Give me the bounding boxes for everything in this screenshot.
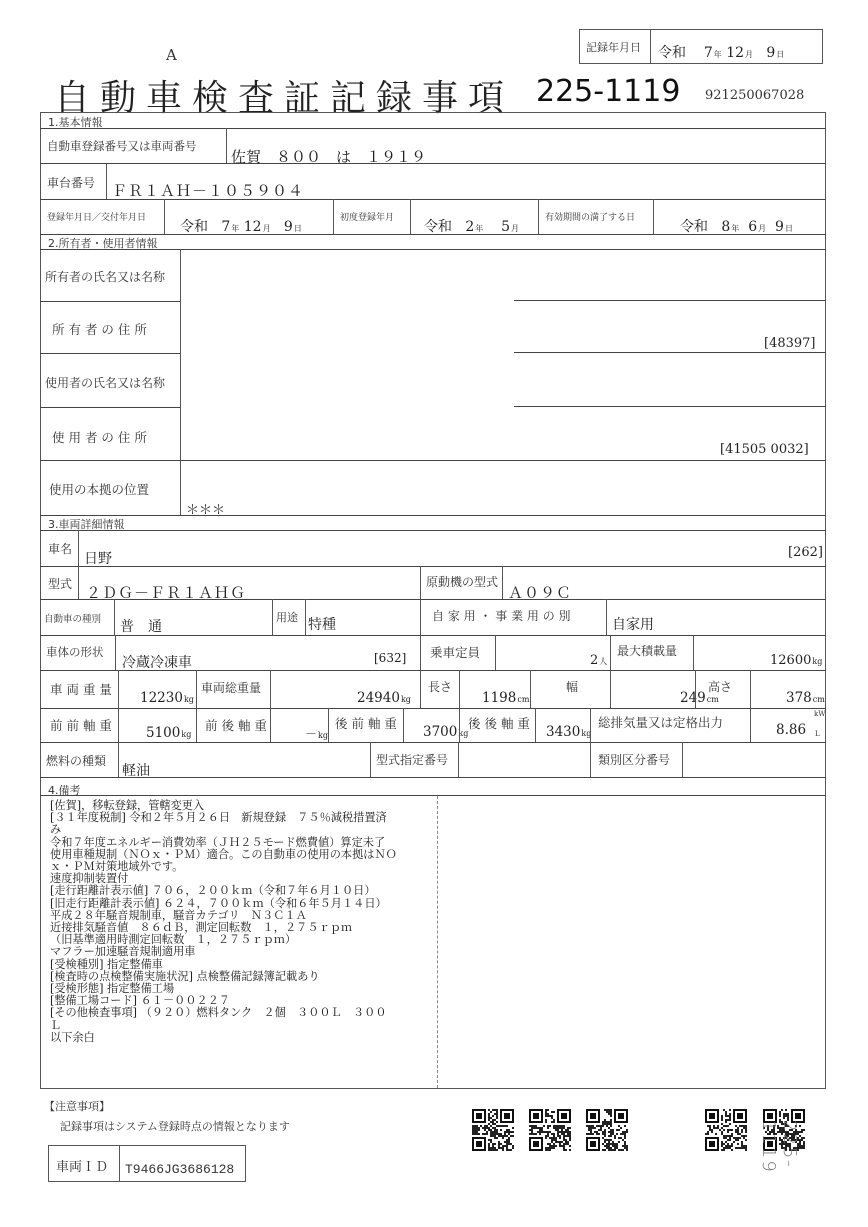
height-label: 高さ [708,678,732,695]
fr-axle-weight: －kg [305,725,328,742]
displacement: 8.86 [776,722,806,738]
private-label: 自 家 用 ・ 事 業 用 の 別 [432,607,571,624]
remarks-line: [受検種別] 指定整備車 [50,959,440,971]
body-code: [632] [374,651,406,665]
base-location-label: 使用の本拠の位置 [49,480,149,498]
ff-axle-label: 前 前 軸 重 [50,716,112,734]
use-label: 用途 [276,609,298,625]
remarks-line: 令和７年度エネルギー消費効率（ＪＨ２５モード燃費値）算定未了 [50,837,440,849]
remarks-line: [旧走行距離計表示値] ６２４，７００ｋｍ（令和６年５月１４日） [50,898,440,910]
displacement-unit-kw: kW [814,710,825,718]
vehicle-weight: 12230kg [140,690,194,706]
record-date-box: 記録年月日 令和 7年 12月 9日 [579,29,823,64]
owner-address-label: 所 有 者 の 住 所 [52,320,147,338]
ff-axle-weight: 5100kg [146,725,191,741]
type-label: 自動車の種別 [44,611,101,625]
engine-label: 原動機の型式 [426,573,498,590]
displacement-label: 総排気量又は定格出力 [598,713,723,731]
remarks-line: [３１年度税制] 令和２年５月２６日 新規登録 ７５％減税措置済 [50,812,440,824]
private-business: 自家用 [612,614,654,634]
car-name-code: [262] [788,545,823,560]
chassis-number: ＦＲ１ＡＨ－１０５９０４ [112,180,304,201]
use: 特種 [308,614,336,634]
expiry-date: 令和 8年 6月 9日 [680,216,793,236]
qr-code-icon [585,1105,629,1155]
weight-label: 車 両 重 量 [50,680,112,698]
displacement-unit-l: L [815,730,820,738]
model-label: 型式 [48,575,72,592]
remarks-line: [走行距離計表示値] ７０６，２００ｋｍ（令和７年６月１０日） [50,885,440,897]
owner-address-code: [48397] [764,336,816,351]
length: 1198cm [482,690,529,706]
remarks-divider [437,796,438,1088]
reg-date-label: 登録年月日／交付年月日 [47,210,146,223]
remarks-line: [その他検査事項] （９２０）燃料タンク ２個 ３００Ｌ ３００ [50,1007,440,1019]
qr-code-icon [528,1105,572,1155]
capacity: 2人 [590,653,607,668]
vehicle-id: T9466JG3686128 [125,1162,234,1177]
doc-number: 225-1119 [536,74,680,109]
expiry-label: 有効期間の満了する日 [545,210,635,223]
remarks-line: み [50,824,440,836]
reg-number-label: 自動車登録番号又は車両番号 [47,138,197,154]
chassis-label: 車台番号 [47,174,95,191]
first-reg-label: 初度登録年月 [340,210,394,223]
fr-axle-label: 前 後 軸 重 [205,716,267,734]
type-designation-label: 型式指定番号 [376,751,448,768]
reg-date: 令和 7年 12月 9日 [180,216,302,236]
notes-title: 【注意事項】 [44,1098,110,1114]
height: 378cm [786,690,825,706]
serial-number: 921250067028 [705,88,804,103]
max-load: 12600kg [770,653,822,668]
remarks-text: [佐賀]，移転登録，管轄変更入[３１年度税制] 令和２年５月２６日 新規登録 ７… [50,800,440,1044]
body-shape: 冷蔵冷凍車 [122,652,192,672]
vehicle-type: 普 通 [120,616,162,636]
length-label: 長さ [428,678,452,695]
car-name-label: 車名 [48,540,72,557]
rf-axle-weight: 3700kg [423,724,468,740]
category-label: 類別区分番号 [598,751,670,768]
user-address-code: [41505 0032] [720,442,809,457]
width-label: 幅 [566,678,578,695]
rf-axle-label: 後 前 軸 重 [335,714,397,732]
form-mark: A [166,46,177,64]
user-name-label: 使用者の氏名又は名称 [45,374,165,391]
remarks-line: マフラー加速騒音規制適用車 [50,946,440,958]
body-label: 車体の形状 [46,644,104,660]
car-name: 日野 [84,548,112,568]
record-date-label: 記録年月日 [586,39,641,55]
vehicle-id-box: 車両ＩＤ T9466JG3686128 [48,1145,246,1182]
remarks-line: Ｌ [50,1020,440,1032]
vehicle-id-label: 車両ＩＤ [56,1156,108,1175]
owner-name-label: 所有者の氏名又は名称 [45,268,165,285]
handwritten-number: 225-1119 [758,1120,800,1188]
record-date-value: 令和 7年 12月 9日 [658,42,784,62]
qr-code-icon [471,1105,515,1155]
user-address-label: 使 用 者 の 住 所 [52,428,147,446]
rr-axle-label: 後 後 軸 重 [468,714,530,732]
capacity-label: 乗車定員 [430,643,480,661]
gross-weight-label: 車両総重量 [201,679,261,696]
notes-text: 記録事項はシステム登録時点の情報となります [60,1118,290,1134]
rr-axle-weight: 3430kg [546,724,591,740]
max-load-label: 最大積載量 [617,642,677,659]
fuel-label: 燃料の種類 [46,752,106,769]
remarks-line: 以下余白 [50,1032,440,1044]
gross-weight: 24940kg [357,690,411,706]
qr-code-icon [704,1105,748,1155]
first-reg-date: 令和 2年 5月 [424,216,519,236]
